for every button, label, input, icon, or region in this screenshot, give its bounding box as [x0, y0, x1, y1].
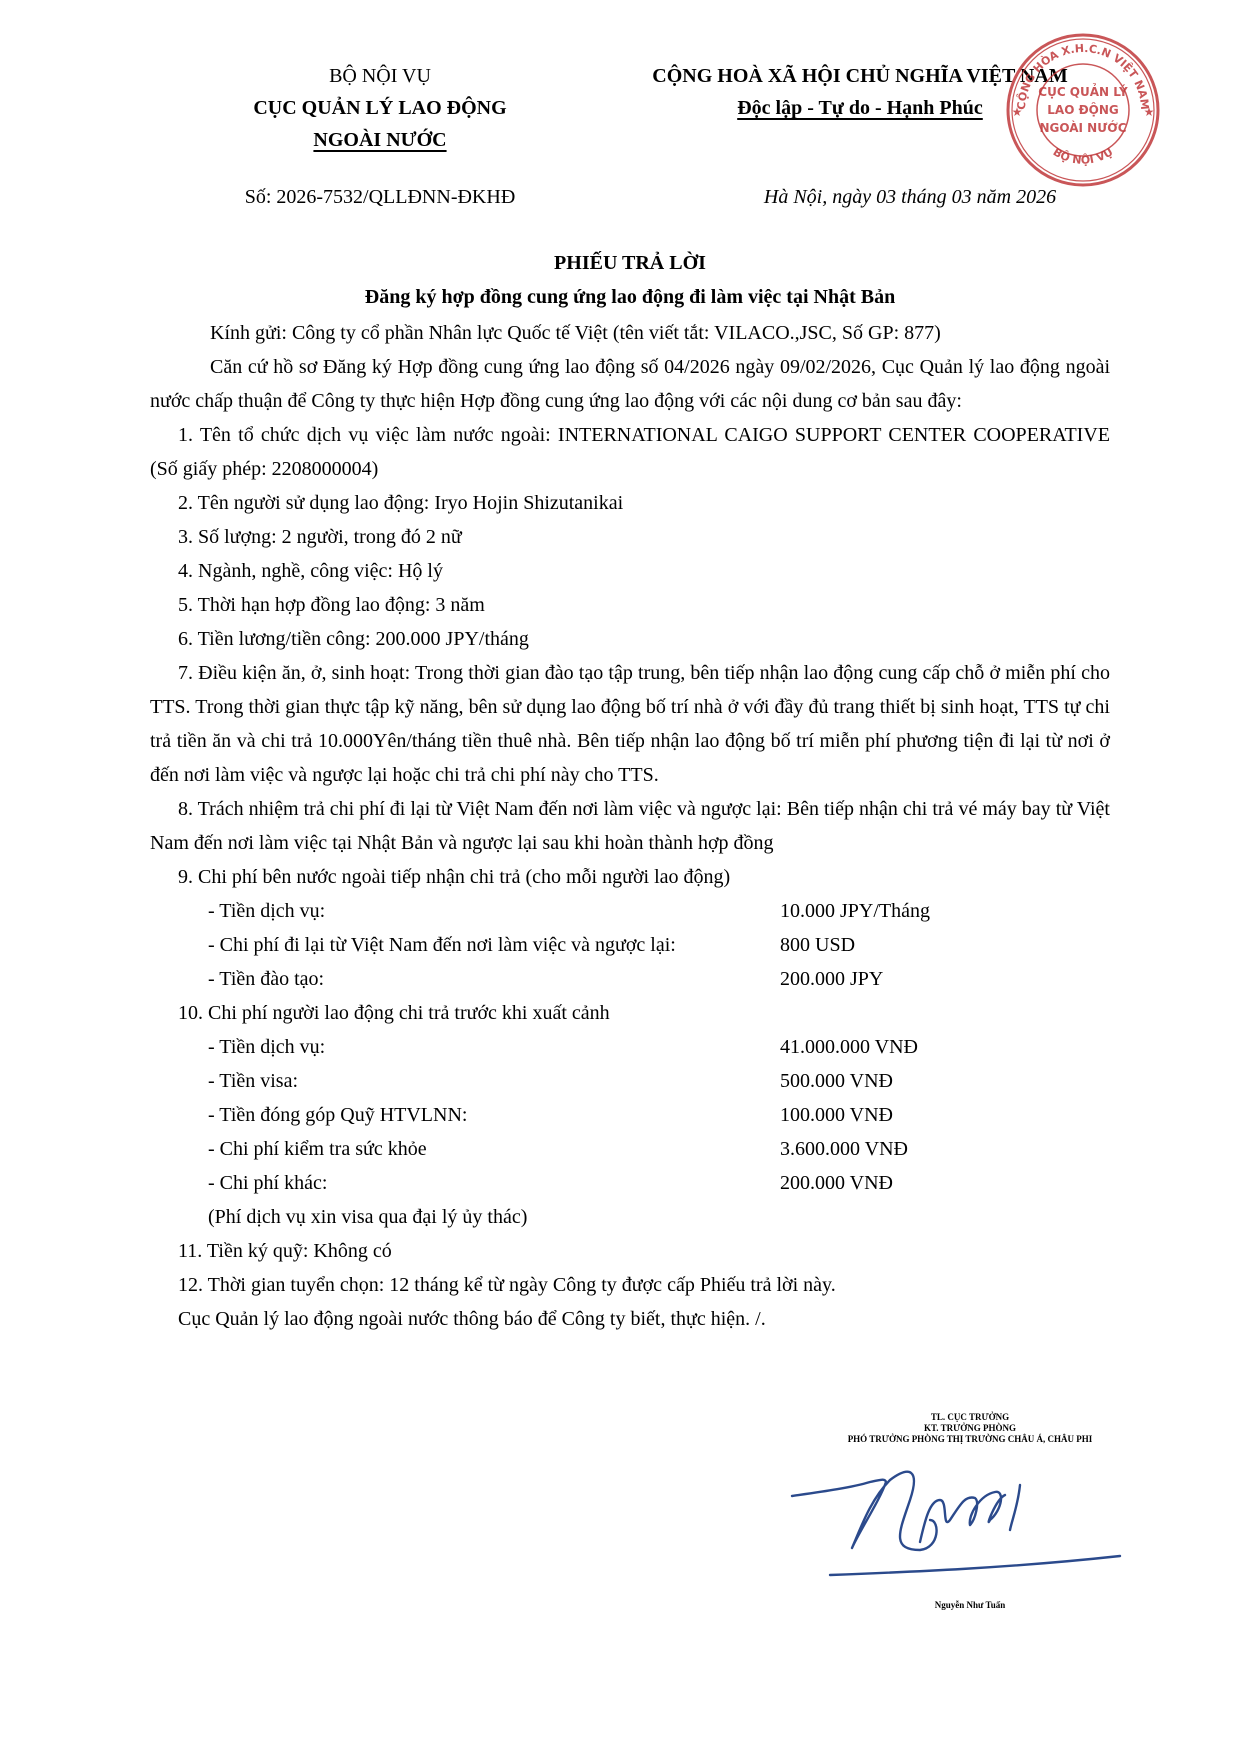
cost-row: - Chi phí khác: 200.000 VNĐ — [150, 1166, 1110, 1200]
item-9: 9. Chi phí bên nước ngoài tiếp nhận chi … — [150, 860, 1110, 894]
cost-row: - Tiền đóng góp Quỹ HTVLNN: 100.000 VNĐ — [150, 1098, 1110, 1132]
svg-text:★: ★ — [1144, 105, 1155, 119]
cost-row: - Tiền dịch vụ: 10.000 JPY/Tháng — [150, 894, 1110, 928]
cost-value: 10.000 JPY/Tháng — [780, 894, 1110, 928]
item-2: 2. Tên người sử dụng lao động: Iryo Hoji… — [150, 486, 1110, 520]
signature-title-block: TL. CỤC TRƯỞNG KT. TRƯỞNG PHÒNG PHÓ TRƯỞ… — [820, 1412, 1120, 1445]
signature-line1: TL. CỤC TRƯỞNG — [820, 1412, 1120, 1423]
signature-line3: PHÓ TRƯỞNG PHÒNG THỊ TRƯỜNG CHÂU Á, CHÂU… — [820, 1434, 1120, 1445]
svg-text:BỘ NỘI VỤ: BỘ NỘI VỤ — [1051, 145, 1116, 167]
cost-value: 41.000.000 VNĐ — [780, 1030, 1110, 1064]
ministry-name: BỘ NỘI VỤ — [180, 60, 580, 92]
cost-row: - Chi phí đi lại từ Việt Nam đến nơi làm… — [150, 928, 1110, 962]
document-title: PHIẾU TRẢ LỜI — [140, 252, 1120, 275]
closing-statement: Cục Quản lý lao động ngoài nước thông bá… — [150, 1302, 1110, 1336]
cost-label: - Tiền đóng góp Quỹ HTVLNN: — [208, 1098, 780, 1132]
cost-label: - Tiền visa: — [208, 1064, 780, 1098]
item-6: 6. Tiền lương/tiền công: 200.000 JPY/thá… — [150, 622, 1110, 656]
svg-text:CỤC QUẢN LÝ: CỤC QUẢN LÝ — [1038, 83, 1128, 99]
handwritten-signature-icon — [790, 1460, 1130, 1600]
document-subtitle: Đăng ký hợp đồng cung ứng lao động đi là… — [140, 286, 1120, 309]
item-4: 4. Ngành, nghề, công việc: Hộ lý — [150, 554, 1110, 588]
svg-text:LAO ĐỘNG: LAO ĐỘNG — [1047, 102, 1118, 117]
cost-label: - Tiền dịch vụ: — [208, 1030, 780, 1064]
svg-text:NGOÀI NƯỚC: NGOÀI NƯỚC — [1039, 120, 1126, 135]
department-name-line2: NGOÀI NƯỚC — [313, 129, 446, 151]
item-10: 10. Chi phí người lao động chi trả trước… — [150, 996, 1110, 1030]
cost-row: - Tiền visa: 500.000 VNĐ — [150, 1064, 1110, 1098]
document-body: Kính gửi: Công ty cổ phần Nhân lực Quốc … — [150, 316, 1110, 1336]
cost-value: 200.000 JPY — [780, 962, 1110, 996]
department-name-line1: CỤC QUẢN LÝ LAO ĐỘNG — [180, 92, 580, 124]
issuing-authority: BỘ NỘI VỤ CỤC QUẢN LÝ LAO ĐỘNG NGOÀI NƯỚ… — [180, 60, 580, 156]
cost-label: - Chi phí khác: — [208, 1166, 780, 1200]
cost-label: - Chi phí đi lại từ Việt Nam đến nơi làm… — [208, 928, 780, 962]
cost-row: - Chi phí kiểm tra sức khỏe 3.600.000 VN… — [150, 1132, 1110, 1166]
cost-label: - Tiền dịch vụ: — [208, 894, 780, 928]
item-1: 1. Tên tổ chức dịch vụ việc làm nước ngo… — [150, 418, 1110, 486]
cost-value: 100.000 VNĐ — [780, 1098, 1110, 1132]
signer-name: Nguyễn Như Tuấn — [820, 1600, 1120, 1610]
cost-row: - Tiền dịch vụ: 41.000.000 VNĐ — [150, 1030, 1110, 1064]
official-seal-icon: CỘNG HÒA X.H.C.N VIỆT NAM BỘ NỘI VỤ CỤC … — [1003, 30, 1163, 190]
item-11: 11. Tiền ký quỹ: Không có — [150, 1234, 1110, 1268]
svg-text:★: ★ — [1012, 105, 1023, 119]
item-8: 8. Trách nhiệm trả chi phí đi lại từ Việ… — [150, 792, 1110, 860]
item-7: 7. Điều kiện ăn, ở, sinh hoạt: Trong thờ… — [150, 656, 1110, 792]
document-number: Số: 2026-7532/QLLĐNN-ĐKHĐ — [180, 186, 580, 209]
recipient: Kính gửi: Công ty cổ phần Nhân lực Quốc … — [150, 316, 1110, 350]
cost-value: 800 USD — [780, 928, 1110, 962]
signature-line2: KT. TRƯỞNG PHÒNG — [820, 1423, 1120, 1434]
item-3: 3. Số lượng: 2 người, trong đó 2 nữ — [150, 520, 1110, 554]
item-10-note: (Phí dịch vụ xin visa qua đại lý ủy thác… — [150, 1200, 1110, 1234]
cost-value: 500.000 VNĐ — [780, 1064, 1110, 1098]
item-12: 12. Thời gian tuyển chọn: 12 tháng kể từ… — [150, 1268, 1110, 1302]
cost-row: - Tiền đào tạo: 200.000 JPY — [150, 962, 1110, 996]
cost-label: - Tiền đào tạo: — [208, 962, 780, 996]
cost-value: 3.600.000 VNĐ — [780, 1132, 1110, 1166]
cost-value: 200.000 VNĐ — [780, 1166, 1110, 1200]
item-5: 5. Thời hạn hợp đồng lao động: 3 năm — [150, 588, 1110, 622]
national-motto: Độc lập - Tự do - Hạnh Phúc — [737, 97, 983, 119]
intro-paragraph: Căn cứ hồ sơ Đăng ký Hợp đồng cung ứng l… — [150, 350, 1110, 418]
cost-label: - Chi phí kiểm tra sức khỏe — [208, 1132, 780, 1166]
